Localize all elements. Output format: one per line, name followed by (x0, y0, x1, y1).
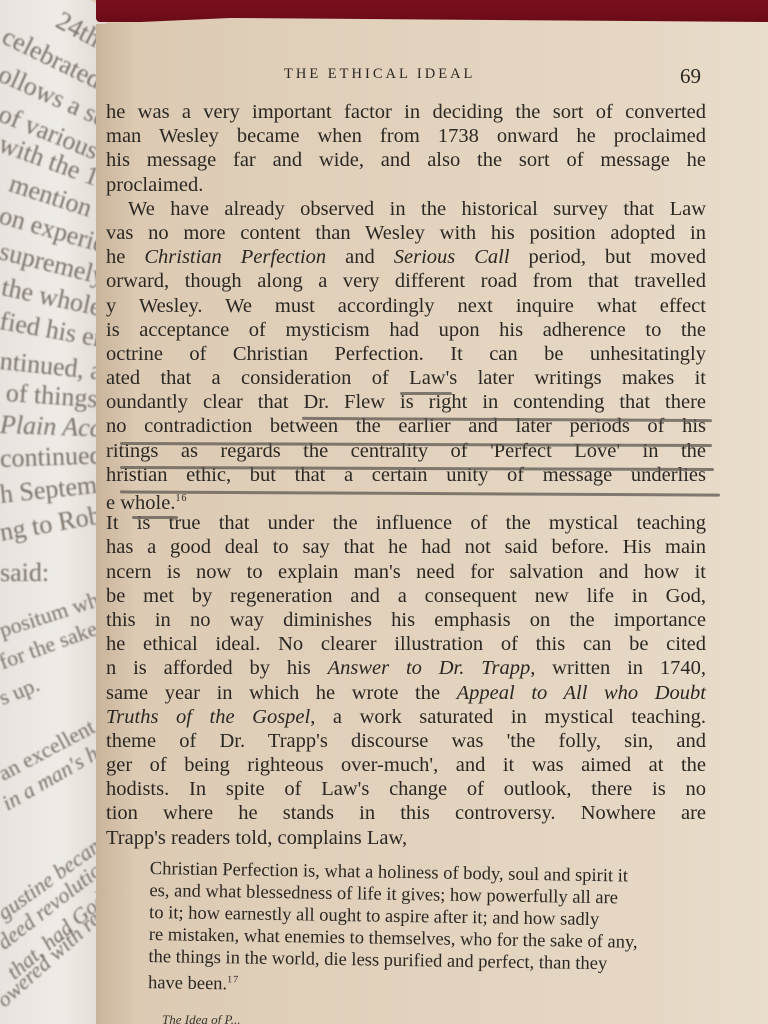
text-line-with-italics: n is afforded by his Answer to Dr. Trapp… (106, 656, 706, 680)
text-line: has a good deal to say that he had not s… (106, 535, 706, 559)
text-line: proclaimed. (106, 173, 706, 197)
text-fragment: have been. (148, 973, 227, 994)
text-line: this in no way diminishes his emphasis o… (106, 608, 706, 632)
text-fragment: and (326, 246, 394, 268)
running-header: THE ETHICAL IDEAL (284, 66, 475, 83)
paragraph-start-line: We have already observed in the historic… (106, 197, 706, 221)
text-fragment: , a work saturated in mystical teaching. (310, 706, 706, 728)
text-line-with-italics: Truths of the Gospel, a work saturated i… (106, 705, 706, 729)
text-line: man Wesley became when from 1738 onward … (106, 124, 706, 148)
text-line: Trapp's readers told, complains Law, (106, 826, 706, 850)
text-line-with-italics: same year in which he wrote the Appeal t… (106, 681, 706, 705)
italic-title: Serious Call (394, 246, 510, 268)
text-fragment: he (106, 246, 144, 268)
text-fragment: same year in which he wrote the (106, 682, 457, 704)
footnote-ref: 17 (227, 974, 239, 985)
footnote: The Idea of P... (162, 1012, 240, 1024)
text-line: he ethical ideal. No clearer illustratio… (106, 632, 706, 656)
text-line: vas no more content than Wesley with his… (106, 221, 706, 245)
text-line: y Wesley. We must accordingly next inqui… (106, 294, 706, 318)
text-line: his message far and wide, and also the s… (106, 148, 706, 172)
block-quote: Christian Perfection is, what a holiness… (148, 858, 692, 1003)
book-cover-edge (96, 0, 768, 22)
footnote-ref: 16 (175, 493, 187, 504)
text-line: he was a very important factor in decidi… (106, 100, 706, 124)
italic-title: Answer to Dr. Trapp (328, 657, 531, 679)
text-line: ncern is now to explain man's need for s… (106, 560, 706, 584)
body-text: he was a very important factor in decidi… (106, 100, 706, 850)
text-line: theme of Dr. Trapp's discourse was 'the … (106, 729, 706, 753)
text-line: be met by regeneration and a consequent … (106, 584, 706, 608)
text-line: tion where he stands in this controversy… (106, 801, 706, 825)
text-line: is acceptance of mysticism had upon his … (106, 318, 706, 342)
text-line: orward, though along a very different ro… (106, 269, 706, 293)
italic-title: Christian Perfection (144, 246, 326, 268)
text-line: octrine of Christian Perfection. It can … (106, 342, 706, 366)
text-fragment: , written in 1740, (530, 657, 706, 679)
text-line-with-italics: he Christian Perfection and Serious Call… (106, 245, 706, 269)
italic-title: Truths of the Gospel (106, 706, 310, 728)
text-line: ger of being righteous over-much', and i… (106, 753, 706, 777)
text-fragment: n is afforded by his (106, 657, 328, 679)
pencil-underline (132, 516, 178, 519)
text-fragment: period, but moved (510, 246, 706, 268)
paragraph-start-line: It is true that under the influence of t… (106, 511, 706, 535)
text-line: ated that a consideration of Law's later… (106, 366, 706, 390)
page-number: 69 (680, 64, 701, 89)
pencil-underline (400, 392, 452, 395)
italic-title: Appeal to All who Doubt (457, 682, 706, 704)
left-page-ghost-line: said: (0, 558, 49, 588)
text-line: hodists. In spite of Law's change of out… (106, 777, 706, 801)
left-page-ghost-line: s up. (0, 671, 43, 711)
